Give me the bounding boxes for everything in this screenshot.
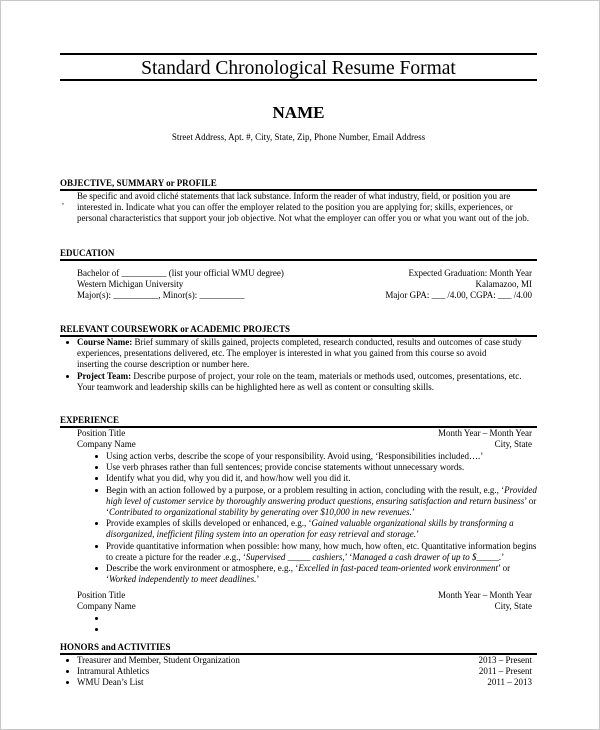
job-bullet: Begin with an action followed by a purpo… xyxy=(92,485,537,519)
job-dates: Month Year – Month Year xyxy=(438,590,532,601)
job-bullet xyxy=(92,624,537,635)
job-subheader: Company Name City, State xyxy=(77,601,532,612)
section-heading-objective: OBJECTIVE, SUMMARY or PROFILE xyxy=(60,178,217,189)
gpa: Major GPA: ___ /4.00, CGPA: ___ /4.00 xyxy=(385,290,532,301)
section-heading-coursework: RELEVANT COURSEWORK or ACADEMIC PROJECTS xyxy=(60,324,290,335)
section-heading-honors: HONORS and ACTIVITIES xyxy=(60,642,171,653)
job-bullet: Identify what you did, why you did it, a… xyxy=(92,473,537,484)
honor-label: WMU Dean’s List xyxy=(77,677,144,688)
coursework-label: Course Name: xyxy=(77,337,132,347)
job-bullet: Provide quantitative information when po… xyxy=(92,541,537,563)
company-name: Company Name xyxy=(77,601,136,612)
university-location: Kalamazoo, MI xyxy=(476,279,532,290)
objective-line: personal characteristics that support yo… xyxy=(77,213,537,224)
section-rule-education xyxy=(60,259,537,261)
section-heading-education: EDUCATION xyxy=(60,248,114,259)
objective-line: interested in. Indicate what you can off… xyxy=(77,202,537,213)
job-header: Position Title Month Year – Month Year xyxy=(77,428,532,439)
objective-text: Be specific and avoid cliché statements … xyxy=(77,191,537,225)
job-bullets xyxy=(92,613,537,635)
honor-dates: 2011 – Present xyxy=(479,666,532,677)
education-row: Bachelor of __________ (list your offici… xyxy=(77,268,532,279)
job-bullet xyxy=(92,613,537,624)
job-bullet: Provide examples of skills developed or … xyxy=(92,518,537,540)
job-bullets: Using action verbs, describe the scope o… xyxy=(92,451,537,585)
coursework-item: Course Name: Brief summary of skills gai… xyxy=(63,337,543,371)
degree: Bachelor of __________ (list your offici… xyxy=(77,268,284,279)
title-bottom-rule xyxy=(60,79,537,81)
job-dates: Month Year – Month Year xyxy=(438,428,532,439)
job-location: City, State xyxy=(495,439,532,450)
coursework-list: Course Name: Brief summary of skills gai… xyxy=(63,337,543,393)
document-title: Standard Chronological Resume Format xyxy=(60,58,537,80)
honor-item: WMU Dean’s List2011 – 2013 xyxy=(63,677,532,688)
company-name: Company Name xyxy=(77,439,136,450)
title-top-rule xyxy=(60,53,537,55)
job-bullet: Using action verbs, describe the scope o… xyxy=(92,451,537,462)
job-subheader: Company Name City, State xyxy=(77,439,532,450)
job-bullet: Describe the work environment or atmosph… xyxy=(92,563,537,585)
university: Western Michigan University xyxy=(77,279,183,290)
major-minor: Major(s): __________, Minor(s): ________… xyxy=(77,290,245,301)
honor-item: Intramural Athletics2011 – Present xyxy=(63,666,532,677)
honor-item: Treasurer and Member, Student Organizati… xyxy=(63,655,532,666)
honor-label: Treasurer and Member, Student Organizati… xyxy=(77,655,240,666)
expected-graduation: Expected Graduation: Month Year xyxy=(409,268,532,279)
stray-mark: , xyxy=(62,196,64,207)
job-location: City, State xyxy=(495,601,532,612)
honor-dates: 2013 – Present xyxy=(479,655,533,666)
coursework-label: Project Team: xyxy=(77,371,131,381)
applicant-name: NAME xyxy=(60,103,537,123)
section-heading-experience: EXPERIENCE xyxy=(60,415,119,426)
objective-line: Be specific and avoid cliché statements … xyxy=(77,191,537,202)
honors-list: Treasurer and Member, Student Organizati… xyxy=(63,655,532,689)
education-row: Western Michigan University Kalamazoo, M… xyxy=(77,279,532,290)
position-title: Position Title xyxy=(77,428,125,439)
honor-label: Intramural Athletics xyxy=(77,666,149,677)
position-title: Position Title xyxy=(77,590,125,601)
job-bullet: Use verb phrases rather than full senten… xyxy=(92,462,537,473)
coursework-item: Project Team: Describe purpose of projec… xyxy=(63,371,543,393)
job-header: Position Title Month Year – Month Year xyxy=(77,590,532,601)
contact-line: Street Address, Apt. #, City, State, Zip… xyxy=(60,132,537,143)
honor-dates: 2011 – 2013 xyxy=(487,677,532,688)
education-row: Major(s): __________, Minor(s): ________… xyxy=(77,290,532,301)
